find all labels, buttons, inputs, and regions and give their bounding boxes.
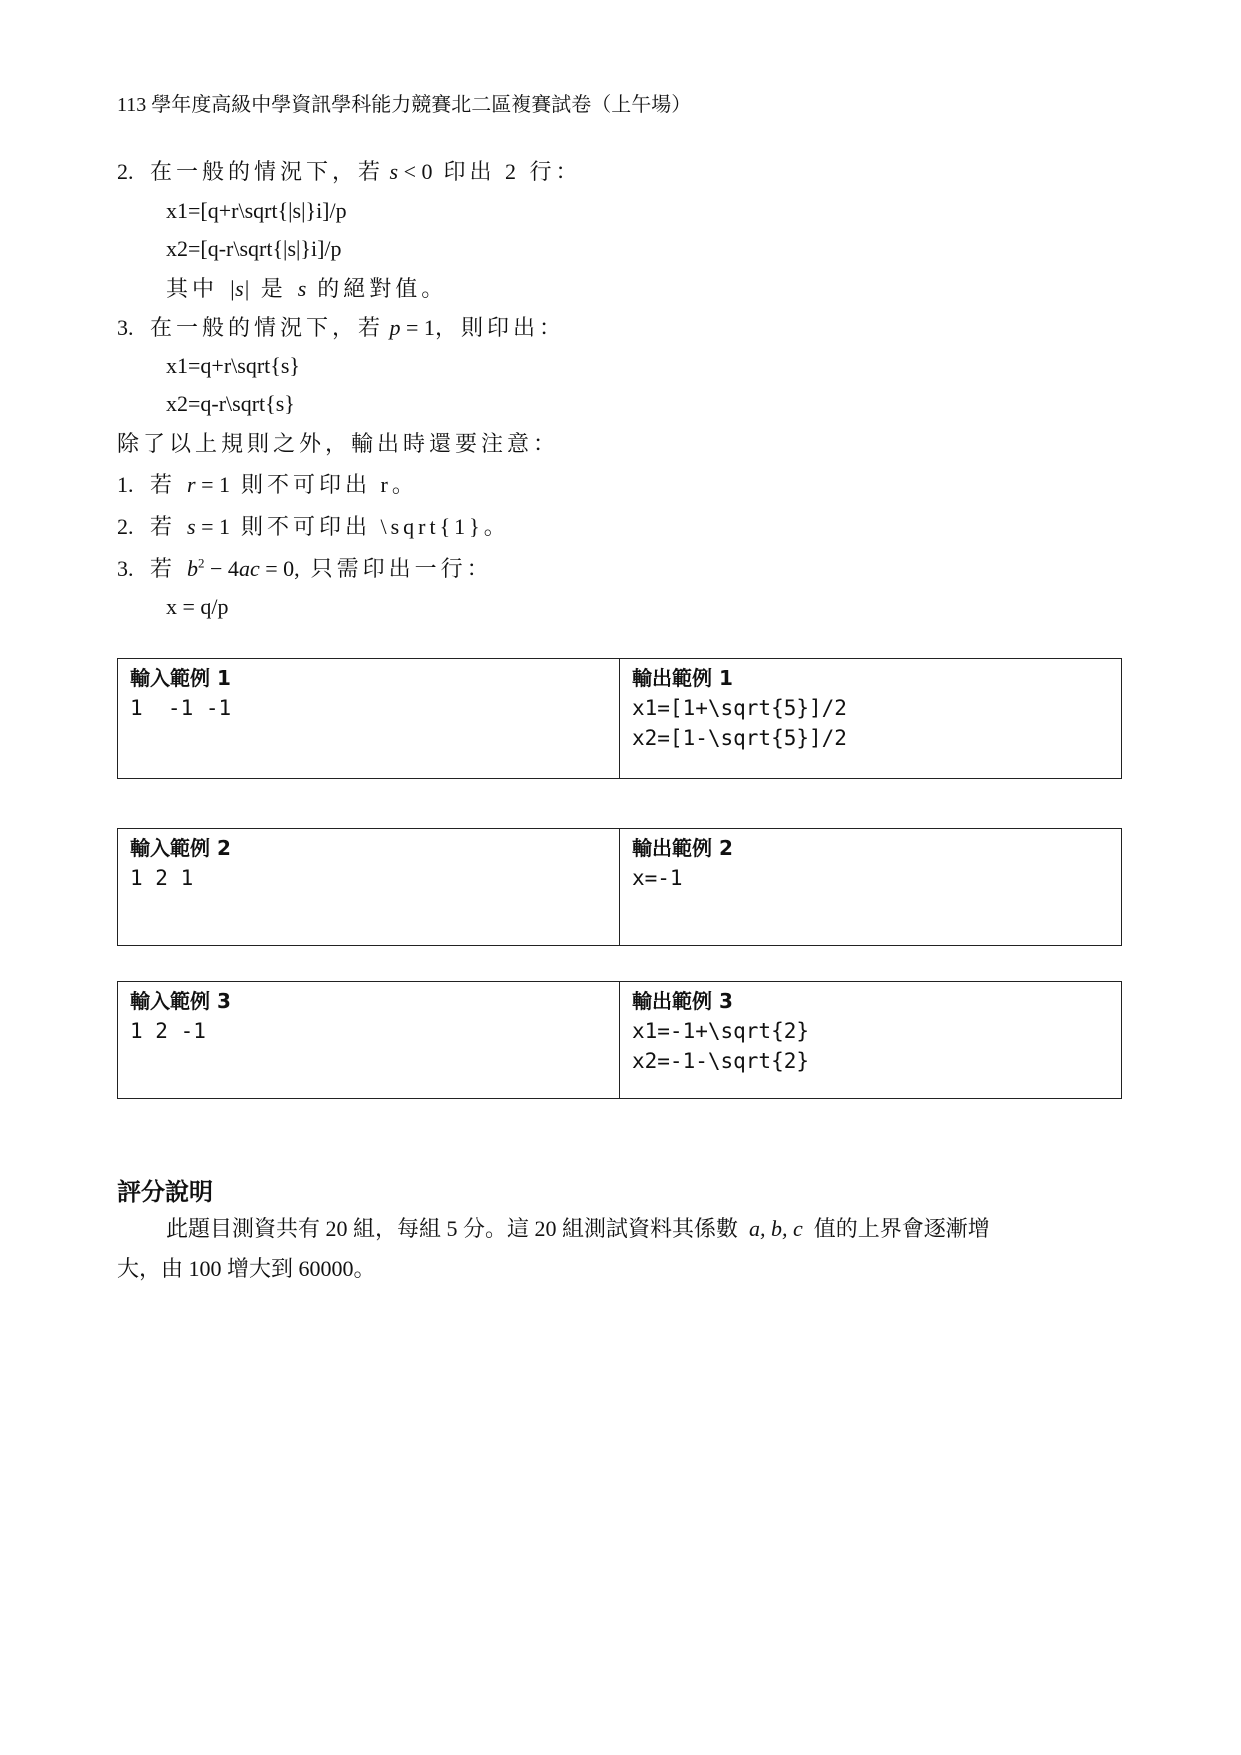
extra-rule-1: 1. 若 r = 1 則不可印出 r。: [117, 468, 418, 499]
note-text: 的絕對值。: [317, 276, 447, 301]
sample-input-cell: 輸入範例 3 1 2 -1: [118, 982, 619, 1098]
scoring-text: 值的上界會逐漸增: [814, 1216, 990, 1241]
math-cond: = 1: [196, 514, 230, 539]
sample-output-cell: 輸出範例 3 x1=-1+\sqrt{2} x2=-1-\sqrt{2}: [619, 982, 1121, 1098]
math-var: r: [187, 472, 196, 497]
sample-output-line: x=-1: [632, 863, 1109, 893]
sample-output-cell: 輸出範例 1 x1=[1+\sqrt{5}]/2 x2=[1-\sqrt{5}]…: [619, 659, 1121, 778]
math-abs: |s|: [229, 276, 250, 301]
sample-output-title: 輸出範例 3: [632, 986, 1109, 1016]
note-text: 其中: [166, 276, 218, 301]
sample-output-line: x1=-1+\sqrt{2}: [632, 1016, 1109, 1046]
formula-line: x1=[q+r\sqrt{|s|}i]/p: [166, 198, 347, 224]
sample-output-line: x2=-1-\sqrt{2}: [632, 1046, 1109, 1076]
rule-text: 若: [150, 472, 176, 497]
rule-text: ，則印出：: [435, 315, 565, 340]
rule-number: 3.: [117, 315, 134, 340]
scoring-title: 評分說明: [117, 1172, 213, 1207]
math-cond: < 0: [398, 159, 432, 184]
math-var: s: [390, 159, 399, 184]
note-line: 其中 |s| 是 s 的絕對值。: [166, 272, 447, 303]
rule-text: 若: [150, 514, 176, 539]
extra-rule-2: 2. 若 s = 1 則不可印出 \sqrt{1}。: [117, 510, 510, 541]
sample-output-line: x1=[1+\sqrt{5}]/2: [632, 693, 1109, 723]
sample-input-title: 輸入範例 1: [130, 663, 607, 693]
sample-input-line: 1 2 1: [130, 863, 607, 893]
rule-number: 2.: [117, 159, 134, 184]
rule-text: 印出 2 行：: [444, 159, 582, 184]
rule-text: 在一般的情況下，若: [150, 159, 384, 184]
sample-input-title: 輸入範例 2: [130, 833, 607, 863]
note-text: 是: [261, 276, 287, 301]
rule-3: 3. 在一般的情況下，若 p = 1，則印出：: [117, 311, 565, 342]
sample-input-line: 1 -1 -1: [130, 693, 607, 723]
math-var: s: [187, 514, 196, 539]
formula-line: x = q/p: [166, 594, 229, 620]
rule-number: 2.: [117, 514, 134, 539]
scoring-text: 此題目測資共有 20 組，每組 5 分。這 20 組測試資料其係數: [166, 1216, 738, 1241]
sample-table-3: 輸入範例 3 1 2 -1 輸出範例 3 x1=-1+\sqrt{2} x2=-…: [117, 981, 1122, 1099]
rule-text: 則不可印出 \sqrt{1}。: [241, 514, 510, 539]
math-op: − 4: [205, 556, 239, 581]
scoring-line-1: 此題目測資共有 20 組，每組 5 分。這 20 組測試資料其係數 a, b, …: [166, 1212, 990, 1243]
sample-input-title: 輸入範例 3: [130, 986, 607, 1016]
rule-text: 只需印出一行：: [311, 556, 493, 581]
extra-rule-3: 3. 若 b2 − 4ac = 0, 只需印出一行：: [117, 552, 493, 583]
math-var: b: [187, 556, 198, 581]
formula-line: x2=q-r\sqrt{s}: [166, 391, 295, 417]
math-cond: = 1: [196, 472, 230, 497]
sample-table-2: 輸入範例 2 1 2 1 輸出範例 2 x=-1: [117, 828, 1122, 946]
sample-input-cell: 輸入範例 2 1 2 1: [118, 829, 619, 945]
scoring-line-2: 大，由 100 增大到 60000。: [117, 1252, 376, 1283]
formula-line: x1=q+r\sqrt{s}: [166, 353, 300, 379]
sample-table-1: 輸入範例 1 1 -1 -1 輸出範例 1 x1=[1+\sqrt{5}]/2 …: [117, 658, 1122, 779]
rule-number: 1.: [117, 472, 134, 497]
sample-output-line: x2=[1-\sqrt{5}]/2: [632, 723, 1109, 753]
sample-input-cell: 輸入範例 1 1 -1 -1: [118, 659, 619, 778]
sample-output-title: 輸出範例 2: [632, 833, 1109, 863]
math-vars: a, b, c: [749, 1216, 803, 1241]
formula-line: x2=[q-r\sqrt{|s|}i]/p: [166, 236, 342, 262]
sample-output-title: 輸出範例 1: [632, 663, 1109, 693]
math-cond: = 1: [401, 315, 435, 340]
extra-rules-intro: 除了以上規則之外，輸出時還要注意：: [117, 427, 559, 458]
math-var: p: [390, 315, 401, 340]
rule-number: 3.: [117, 556, 134, 581]
rule-text: 若: [150, 556, 176, 581]
sample-output-cell: 輸出範例 2 x=-1: [619, 829, 1121, 945]
math-var: ac: [239, 556, 260, 581]
page-header: 113 學年度高級中學資訊學科能力競賽北二區複賽試卷（上午場）: [117, 88, 691, 117]
sample-input-line: 1 2 -1: [130, 1016, 607, 1046]
rule-text: 則不可印出 r。: [241, 472, 418, 497]
rule-2: 2. 在一般的情況下，若 s < 0 印出 2 行：: [117, 155, 582, 186]
math-op: = 0,: [260, 556, 300, 581]
math-var: s: [298, 276, 307, 301]
rule-text: 在一般的情況下，若: [150, 315, 384, 340]
